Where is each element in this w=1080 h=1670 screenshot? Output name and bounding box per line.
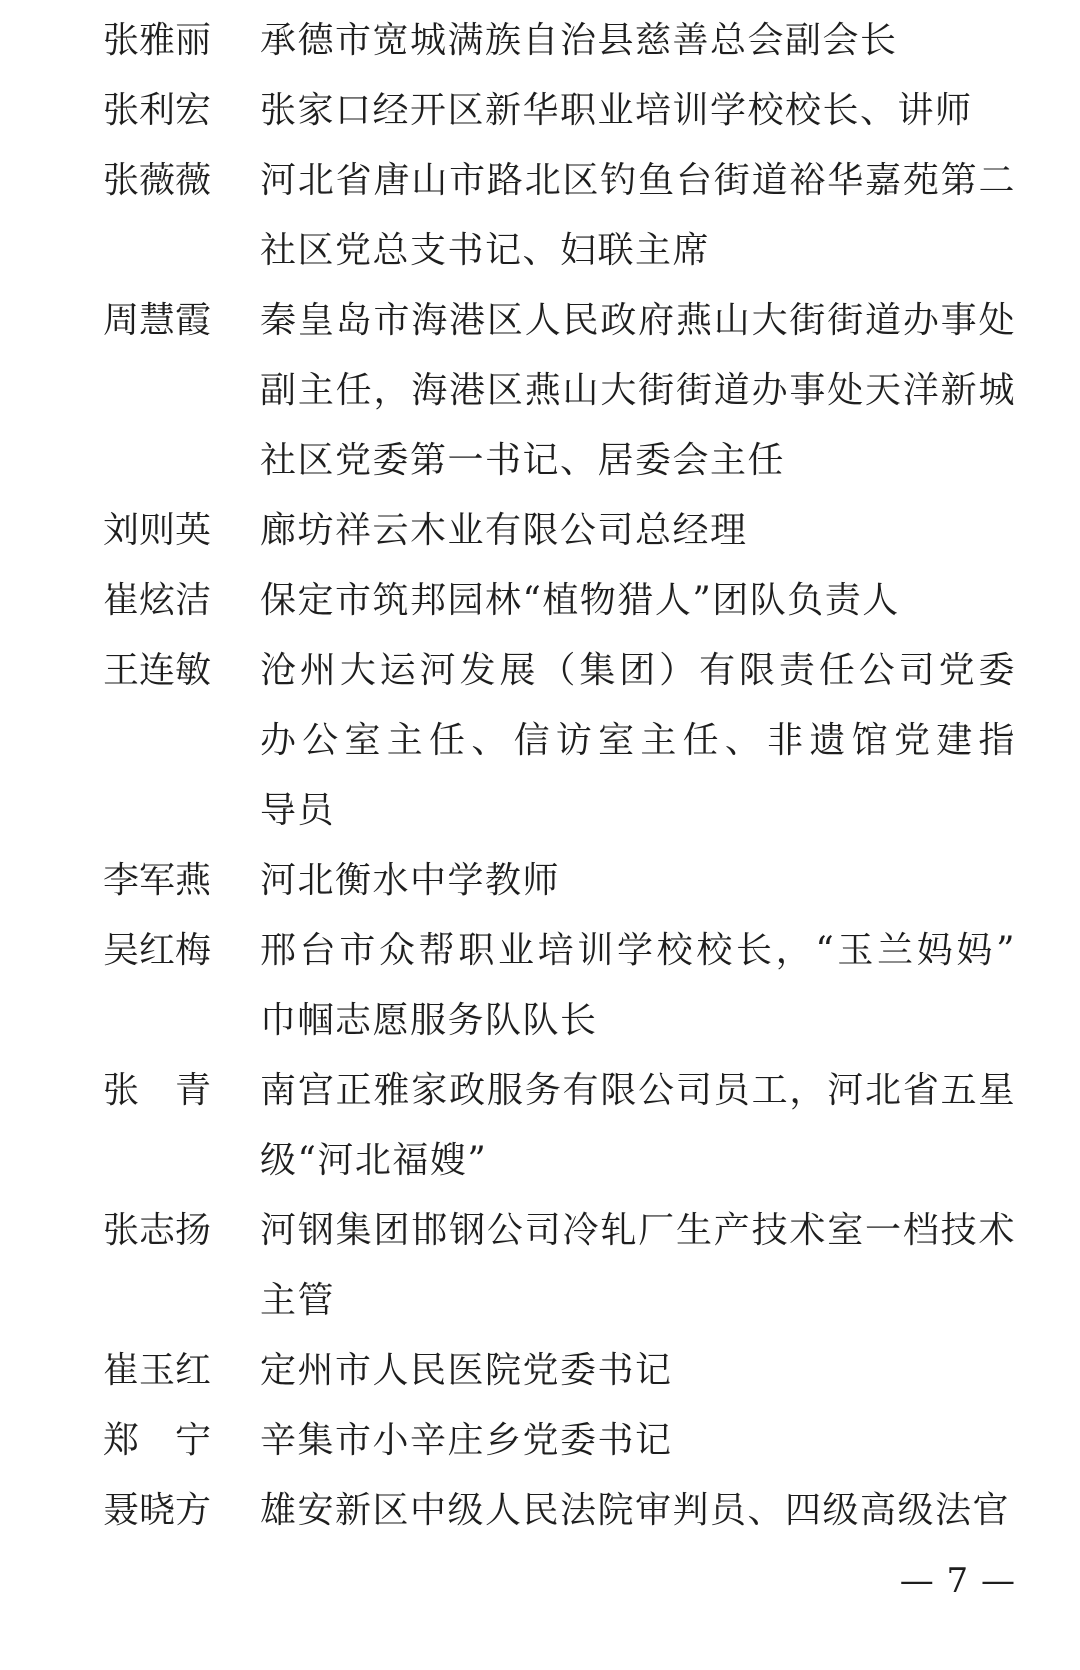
person-title: 雄安新区中级人民法院审判员、四级高级法官 [260,1476,1016,1546]
list-item: 吴红梅邢台市众帮职业培训学校校长，“玉兰妈妈”巾帼志愿服务队队长 [103,916,1080,1056]
page-number: — 7 — [103,1546,1080,1616]
list-item: 崔炫洁保定市筑邦园林“植物猎人”团队负责人 [103,566,1080,636]
person-title-line: 邢台市众帮职业培训学校校长，“玉兰妈妈” [260,916,1016,986]
list-item: 郑宁辛集市小辛庄乡党委书记 [103,1406,1080,1476]
list-item: 张利宏张家口经开区新华职业培训学校校长、讲师 [103,76,1080,146]
list-item: 聂晓方雄安新区中级人民法院审判员、四级高级法官 [103,1476,1080,1546]
list-item: 张薇薇河北省唐山市路北区钓鱼台街道裕华嘉苑第二社区党总支书记、妇联主席 [103,146,1080,286]
person-title-line: 秦皇岛市海港区人民政府燕山大街街道办事处 [260,286,1016,356]
person-name: 崔炫洁 [103,566,211,636]
person-title-line: 定州市人民医院党委书记 [260,1336,1016,1406]
document-page: 张雅丽承德市宽城满族自治县慈善总会副会长张利宏张家口经开区新华职业培训学校校长、… [0,0,1080,1670]
list-item: 刘则英廊坊祥云木业有限公司总经理 [103,496,1080,566]
person-title-line: 承德市宽城满族自治县慈善总会副会长 [260,6,1016,76]
person-title-line: 导员 [260,776,1016,846]
person-name: 张志扬 [103,1196,211,1266]
list-item: 张青南宫正雅家政服务有限公司员工，河北省五星级“河北福嫂” [103,1056,1080,1196]
person-title-line: 级“河北福嫂” [260,1126,1016,1196]
person-title-line: 河北衡水中学教师 [260,846,1016,916]
entry-list: 张雅丽承德市宽城满族自治县慈善总会副会长张利宏张家口经开区新华职业培训学校校长、… [103,6,1080,1546]
person-title: 张家口经开区新华职业培训学校校长、讲师 [260,76,1016,146]
person-title: 定州市人民医院党委书记 [260,1336,1016,1406]
person-title-line: 沧州大运河发展（集团）有限责任公司党委 [260,636,1016,706]
list-item: 王连敏沧州大运河发展（集团）有限责任公司党委办公室主任、信访室主任、非遗馆党建指… [103,636,1080,846]
person-title-line: 巾帼志愿服务队队长 [260,986,1016,1056]
person-title-line: 河钢集团邯钢公司冷轧厂生产技术室一档技术 [260,1196,1016,1266]
person-title: 河钢集团邯钢公司冷轧厂生产技术室一档技术主管 [260,1196,1016,1336]
person-title: 秦皇岛市海港区人民政府燕山大街街道办事处副主任，海港区燕山大街街道办事处天洋新城… [260,286,1016,496]
person-name: 张薇薇 [103,146,211,216]
person-title: 沧州大运河发展（集团）有限责任公司党委办公室主任、信访室主任、非遗馆党建指导员 [260,636,1016,846]
person-name: 王连敏 [103,636,211,706]
person-title-line: 副主任，海港区燕山大街街道办事处天洋新城 [260,356,1016,426]
person-title-line: 保定市筑邦园林“植物猎人”团队负责人 [260,566,1016,636]
person-title-line: 廊坊祥云木业有限公司总经理 [260,496,1016,566]
person-title-line: 办公室主任、信访室主任、非遗馆党建指 [260,706,1016,776]
list-item: 张志扬河钢集团邯钢公司冷轧厂生产技术室一档技术主管 [103,1196,1080,1336]
person-title-line: 雄安新区中级人民法院审判员、四级高级法官 [260,1476,1016,1546]
person-name: 聂晓方 [103,1476,211,1546]
person-title-line: 张家口经开区新华职业培训学校校长、讲师 [260,76,1016,146]
person-title-line: 辛集市小辛庄乡党委书记 [260,1406,1016,1476]
list-item: 崔玉红定州市人民医院党委书记 [103,1336,1080,1406]
person-title: 河北省唐山市路北区钓鱼台街道裕华嘉苑第二社区党总支书记、妇联主席 [260,146,1016,286]
person-title: 辛集市小辛庄乡党委书记 [260,1406,1016,1476]
person-title: 南宫正雅家政服务有限公司员工，河北省五星级“河北福嫂” [260,1056,1016,1196]
person-title: 承德市宽城满族自治县慈善总会副会长 [260,6,1016,76]
person-title: 邢台市众帮职业培训学校校长，“玉兰妈妈”巾帼志愿服务队队长 [260,916,1016,1056]
person-name: 郑宁 [103,1406,211,1476]
person-title-line: 社区党委第一书记、居委会主任 [260,426,1016,496]
person-title-line: 南宫正雅家政服务有限公司员工，河北省五星 [260,1056,1016,1126]
person-name: 张雅丽 [103,6,211,76]
person-name: 崔玉红 [103,1336,211,1406]
person-title: 廊坊祥云木业有限公司总经理 [260,496,1016,566]
person-name: 吴红梅 [103,916,211,986]
list-item: 周慧霞秦皇岛市海港区人民政府燕山大街街道办事处副主任，海港区燕山大街街道办事处天… [103,286,1080,496]
person-title: 河北衡水中学教师 [260,846,1016,916]
person-title-line: 河北省唐山市路北区钓鱼台街道裕华嘉苑第二 [260,146,1016,216]
list-item: 张雅丽承德市宽城满族自治县慈善总会副会长 [103,6,1080,76]
person-title: 保定市筑邦园林“植物猎人”团队负责人 [260,566,1016,636]
person-name: 张青 [103,1056,211,1126]
person-name: 周慧霞 [103,286,211,356]
person-name: 刘则英 [103,496,211,566]
person-name: 李军燕 [103,846,211,916]
person-title-line: 主管 [260,1266,1016,1336]
person-title-line: 社区党总支书记、妇联主席 [260,216,1016,286]
person-name: 张利宏 [103,76,211,146]
list-item: 李军燕河北衡水中学教师 [103,846,1080,916]
